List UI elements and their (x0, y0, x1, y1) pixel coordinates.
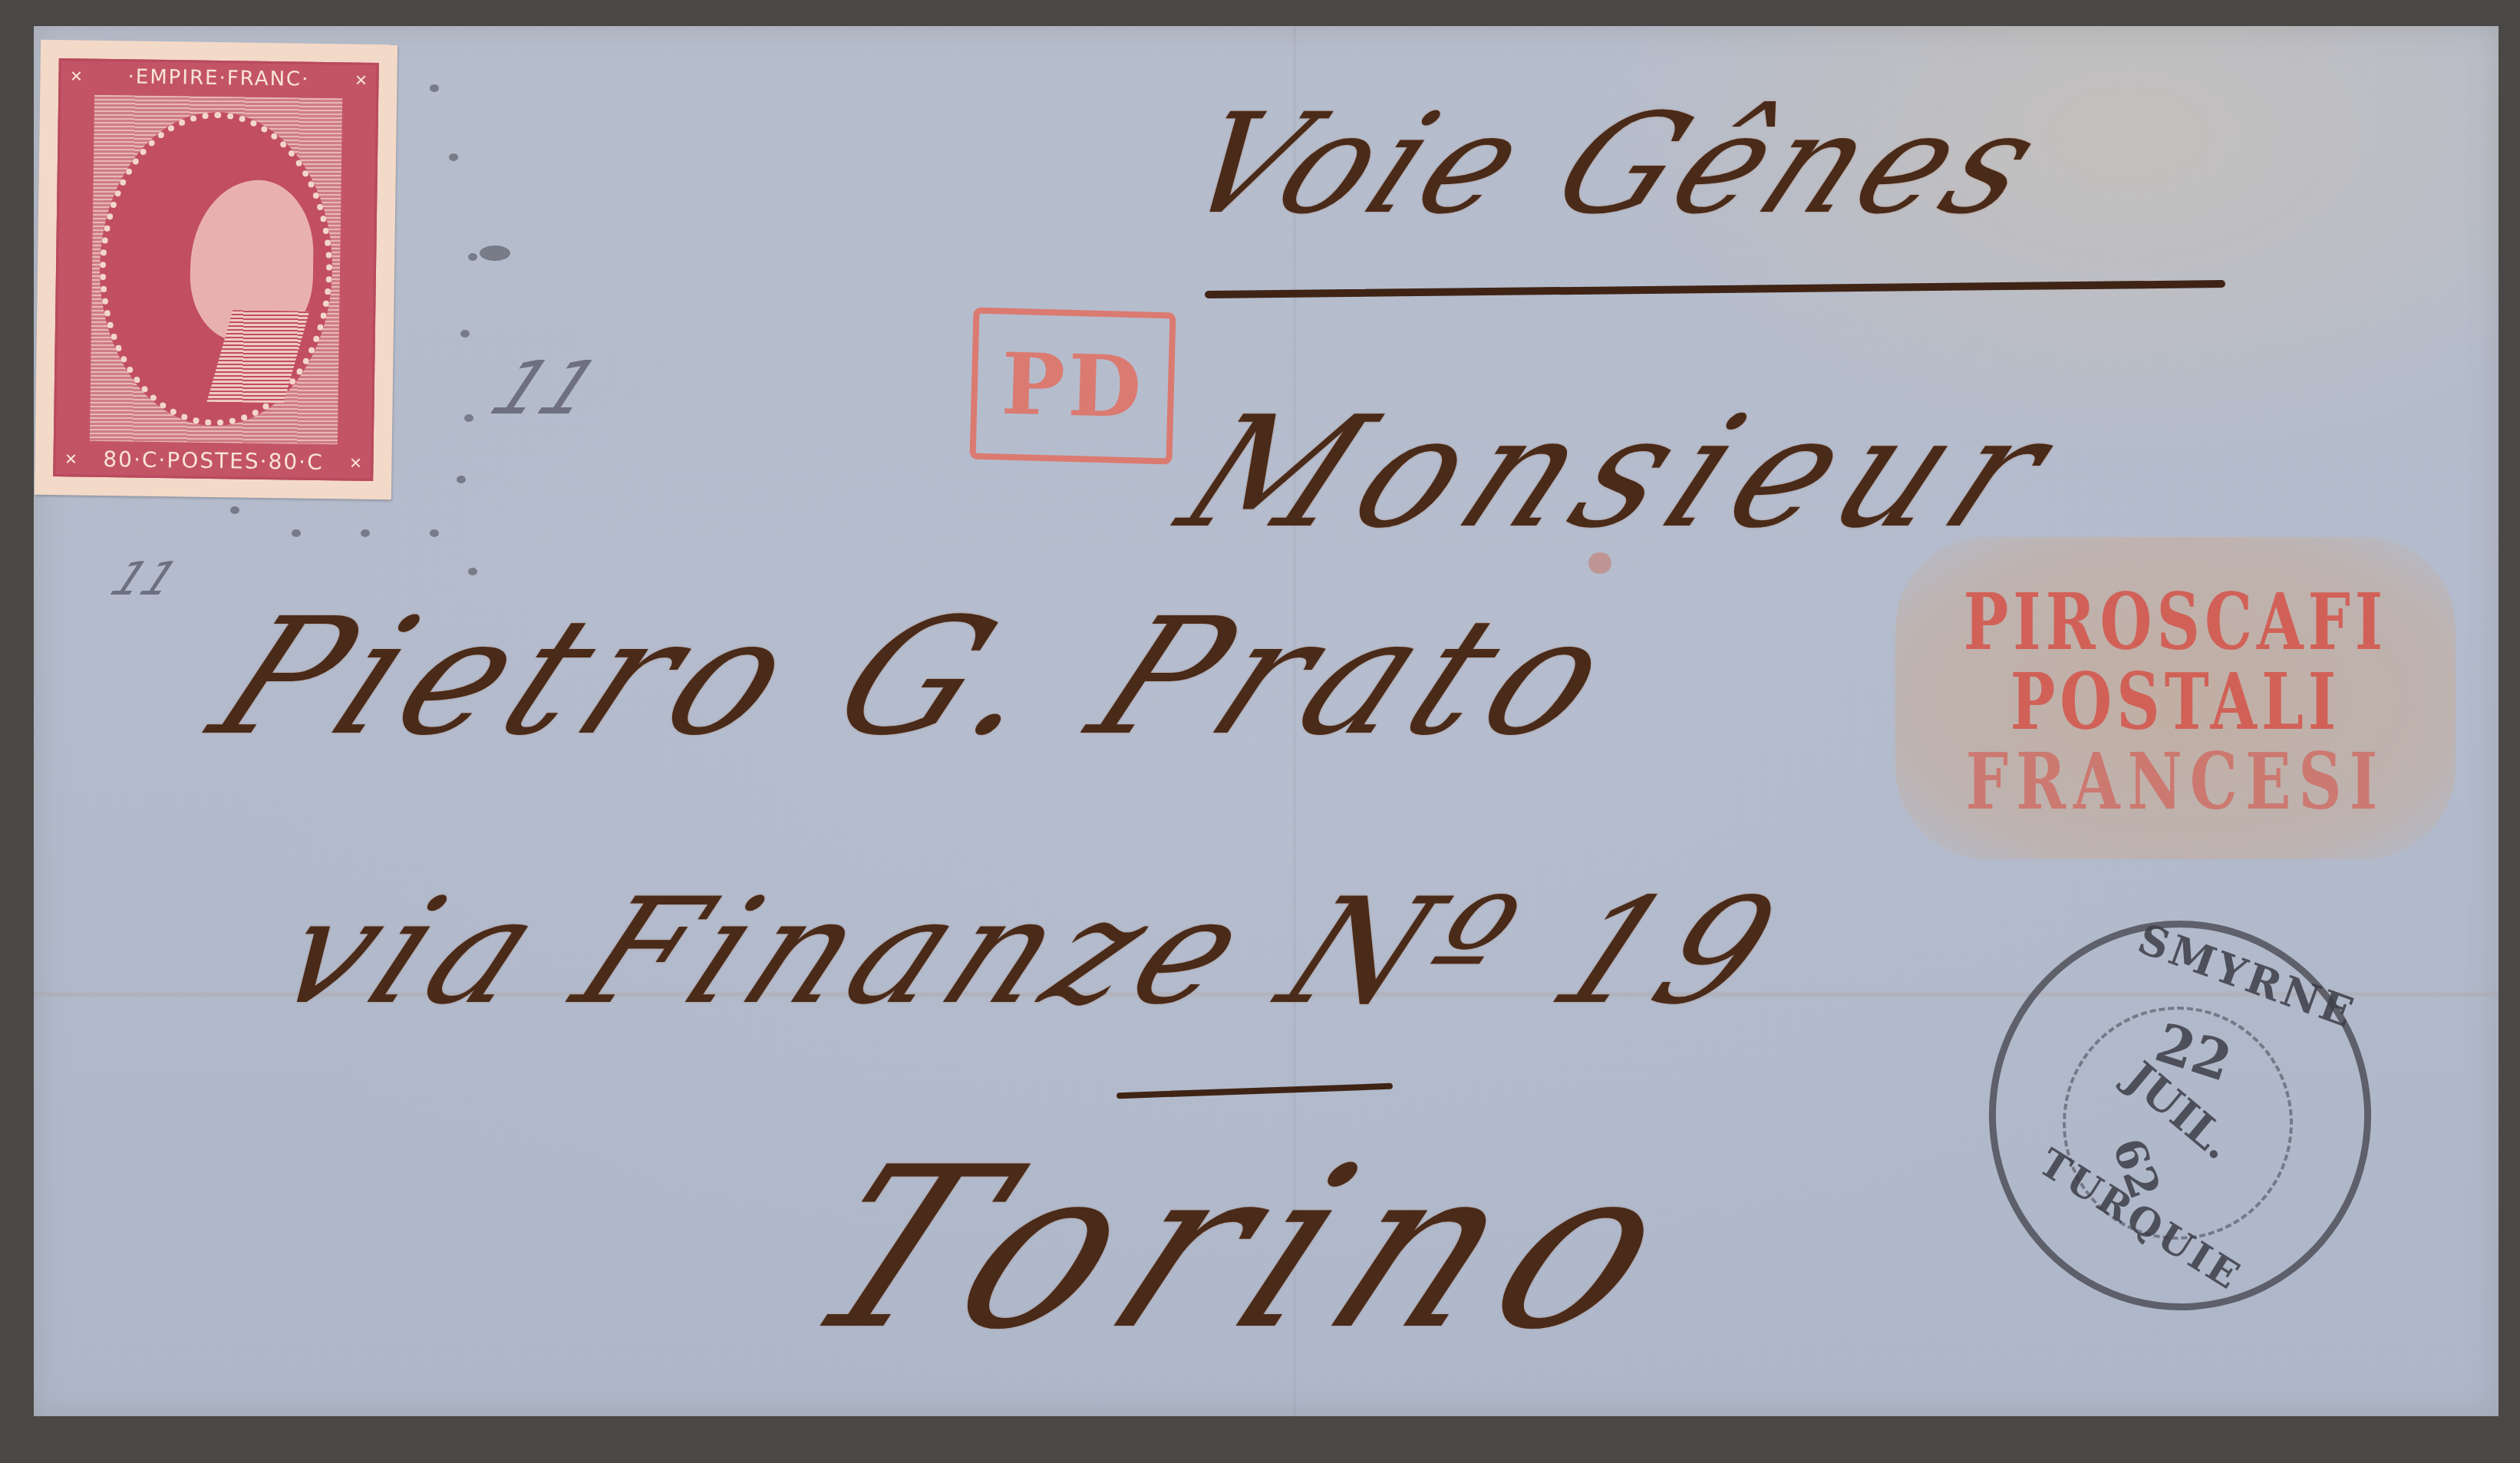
portrait-oval (97, 110, 335, 427)
stamp-vignette (90, 95, 342, 444)
corner-ornament-icon: ✕ (57, 445, 84, 473)
destination-city: Torino (768, 1120, 1728, 1379)
stamp-top-legend: ·EMPIRE·FRANC· (94, 63, 342, 94)
postage-stamp: ✕ ✕ ✕ ✕ ·EMPIRE·FRANC· 80·C·POSTES·80·C (35, 40, 397, 499)
corner-ornament-icon: ✕ (341, 449, 369, 476)
stamp-frame: ✕ ✕ ✕ ✕ ·EMPIRE·FRANC· 80·C·POSTES·80·C (53, 58, 379, 481)
piroscafi-postali-francesi-handstamp: PIROSCAFI POSTALI FRANCESI (1926, 583, 2425, 822)
dotted-obliterator (0, 0, 1, 1)
piroscafi-line-3: FRANCESI (1926, 730, 2425, 834)
corner-ornament-icon: ✕ (62, 62, 90, 90)
route-instruction: Voie Gênes (1159, 84, 2070, 245)
salutation: Monsieur (1156, 384, 2089, 562)
pd-handstamp: PD (969, 308, 1176, 465)
corner-ornament-icon: ✕ (347, 66, 374, 94)
addressee-name: Pietro G. Prato (186, 583, 1649, 771)
street-address: via Finanze Nº 19 (252, 867, 1809, 1036)
stamp-bottom-legend: 80·C·POSTES·80·C (89, 446, 337, 477)
